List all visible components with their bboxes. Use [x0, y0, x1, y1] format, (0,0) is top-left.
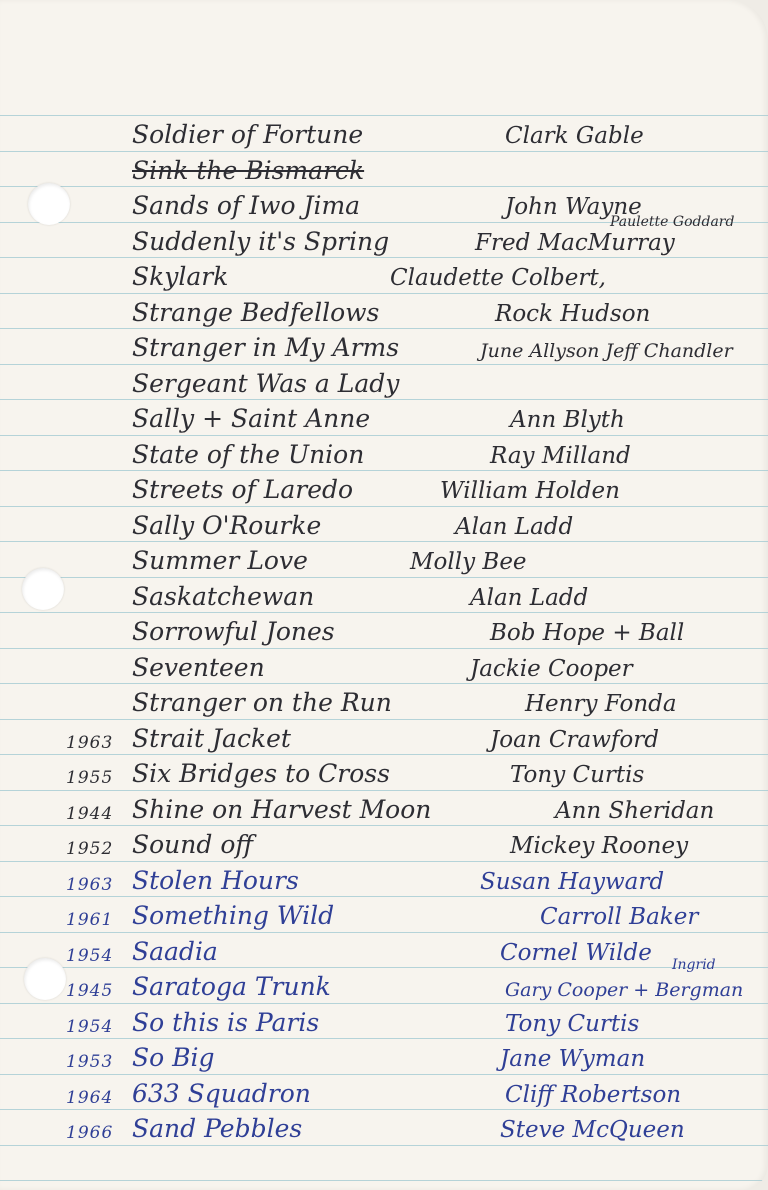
list-item: 1953So BigJane Wyman [0, 1038, 768, 1074]
list-item: Sorrowful JonesBob Hope + Ball [0, 612, 768, 648]
movie-star: Cliff Robertson [505, 1082, 681, 1108]
movie-title: So Big [132, 1043, 215, 1072]
list-item: 1961Something WildCarroll Baker [0, 896, 768, 932]
movie-star: Carroll Baker [540, 904, 698, 930]
list-item: 1954So this is ParisTony Curtis [0, 1003, 768, 1039]
movie-title: Soldier of Fortune [132, 120, 363, 149]
movie-star: Joan Crawford [490, 727, 659, 753]
movie-title: Sands of Iwo Jima [132, 191, 360, 220]
movie-star: Susan Hayward [480, 869, 664, 895]
entry-year: 1955 [66, 768, 113, 788]
movie-star: Clark Gable [505, 123, 644, 149]
movie-star: Cornel Wilde [500, 940, 652, 966]
list-item: 1952Sound offMickey Rooney [0, 825, 768, 861]
list-item: Sally O'RourkeAlan Ladd [0, 506, 768, 542]
movie-star: Jackie Cooper [470, 656, 633, 682]
ruled-line [0, 1180, 768, 1181]
movie-title: Sally + Saint Anne [132, 404, 370, 433]
movie-title: Seventeen [132, 653, 265, 682]
list-item: Soldier of FortuneClark Gable [0, 115, 768, 151]
movie-star: Ann Blyth [510, 407, 625, 433]
movie-title: State of the Union [132, 440, 364, 469]
list-item: Sergeant Was a Lady [0, 364, 768, 400]
movie-title: So this is Paris [132, 1008, 319, 1037]
entry-year: 1945 [66, 981, 113, 1001]
list-item: Suddenly it's SpringFred MacMurrayPaulet… [0, 222, 768, 258]
movie-title: Saadia [132, 937, 218, 966]
movie-star: Henry Fonda [525, 691, 677, 717]
movie-title: Sergeant Was a Lady [132, 369, 399, 398]
entry-year: 1963 [66, 733, 113, 753]
list-item: 1954SaadiaCornel Wilde [0, 932, 768, 968]
movie-star: Molly Bee [410, 549, 527, 575]
entry-year: 1952 [66, 839, 113, 859]
margin-note: Ingrid [672, 957, 716, 973]
movie-title: Shine on Harvest Moon [132, 795, 431, 824]
notebook-page: Soldier of FortuneClark GableSink the Bi… [0, 0, 768, 1190]
list-item: Summer LoveMolly Bee [0, 541, 768, 577]
movie-title: Skylark [132, 262, 228, 291]
entry-year: 1961 [66, 910, 113, 930]
movie-title: Strange Bedfellows [132, 298, 379, 327]
entry-year: 1963 [66, 875, 113, 895]
movie-star: Rock Hudson [495, 301, 650, 327]
movie-star: Bob Hope + Ball [490, 620, 684, 646]
entry-year: 1966 [66, 1123, 113, 1143]
entry-year: 1964 [66, 1088, 113, 1108]
movie-title: 633 Squadron [132, 1079, 311, 1108]
movie-title: Stranger in My Arms [132, 333, 399, 362]
entry-year: 1944 [66, 804, 113, 824]
movie-star: Gary Cooper + Bergman [505, 979, 743, 1001]
list-item: 1966Sand PebblesSteve McQueen [0, 1109, 768, 1145]
movie-title: Saskatchewan [132, 582, 314, 611]
margin-note: Paulette Goddard [610, 214, 734, 230]
movie-star: Alan Ladd [455, 514, 573, 540]
movie-title: Suddenly it's Spring [132, 227, 389, 256]
entry-year: 1953 [66, 1052, 113, 1072]
movie-title: Strait Jacket [132, 724, 291, 753]
list-item: 1944Shine on Harvest MoonAnn Sheridan [0, 790, 768, 826]
movie-star: June Allyson Jeff Chandler [480, 340, 733, 362]
movie-title: Sand Pebbles [132, 1114, 302, 1143]
entry-year: 1954 [66, 946, 113, 966]
movie-star: Ray Milland [490, 443, 631, 469]
movie-title: Sally O'Rourke [132, 511, 321, 540]
movie-star: Alan Ladd [470, 585, 588, 611]
list-item: State of the UnionRay Milland [0, 435, 768, 471]
list-item: Streets of LaredoWilliam Holden [0, 470, 768, 506]
list-item: 1963Strait JacketJoan Crawford [0, 719, 768, 755]
list-item: 1955Six Bridges to CrossTony Curtis [0, 754, 768, 790]
movie-star: Mickey Rooney [510, 833, 688, 859]
entry-year: 1954 [66, 1017, 113, 1037]
list-item: SeventeenJackie Cooper [0, 648, 768, 684]
movie-title: Stolen Hours [132, 866, 299, 895]
movie-star: Ann Sheridan [555, 798, 714, 824]
movie-title: Stranger on the Run [132, 688, 392, 717]
movie-title: Summer Love [132, 546, 308, 575]
movie-title: Sink the Bismarck [132, 156, 364, 185]
list-item: SaskatchewanAlan Ladd [0, 577, 768, 613]
list-item: Strange BedfellowsRock Hudson [0, 293, 768, 329]
movie-title: Sound off [132, 830, 253, 859]
list-item: Sally + Saint AnneAnn Blyth [0, 399, 768, 435]
movie-title: Something Wild [132, 901, 334, 930]
movie-star: Tony Curtis [505, 1011, 639, 1037]
list-item: 1964633 SquadronCliff Robertson [0, 1074, 768, 1110]
movie-title: Saratoga Trunk [132, 972, 331, 1001]
list-item: SkylarkClaudette Colbert, [0, 257, 768, 293]
list-item: 1945Saratoga TrunkGary Cooper + BergmanI… [0, 967, 768, 1003]
movie-star: Jane Wyman [500, 1046, 645, 1072]
movie-star: Steve McQueen [500, 1117, 685, 1143]
movie-title: Six Bridges to Cross [132, 759, 390, 788]
movie-title: Streets of Laredo [132, 475, 353, 504]
list-item: 1963Stolen HoursSusan Hayward [0, 861, 768, 897]
movie-star: Tony Curtis [510, 762, 644, 788]
movie-star: Claudette Colbert, [390, 265, 606, 291]
list-item: Stranger in My ArmsJune Allyson Jeff Cha… [0, 328, 768, 364]
list-item: Sink the Bismarck [0, 151, 768, 187]
list-item: Stranger on the RunHenry Fonda [0, 683, 768, 719]
movie-title: Sorrowful Jones [132, 617, 335, 646]
movie-star: Fred MacMurray [475, 230, 675, 256]
movie-star: William Holden [440, 478, 620, 504]
